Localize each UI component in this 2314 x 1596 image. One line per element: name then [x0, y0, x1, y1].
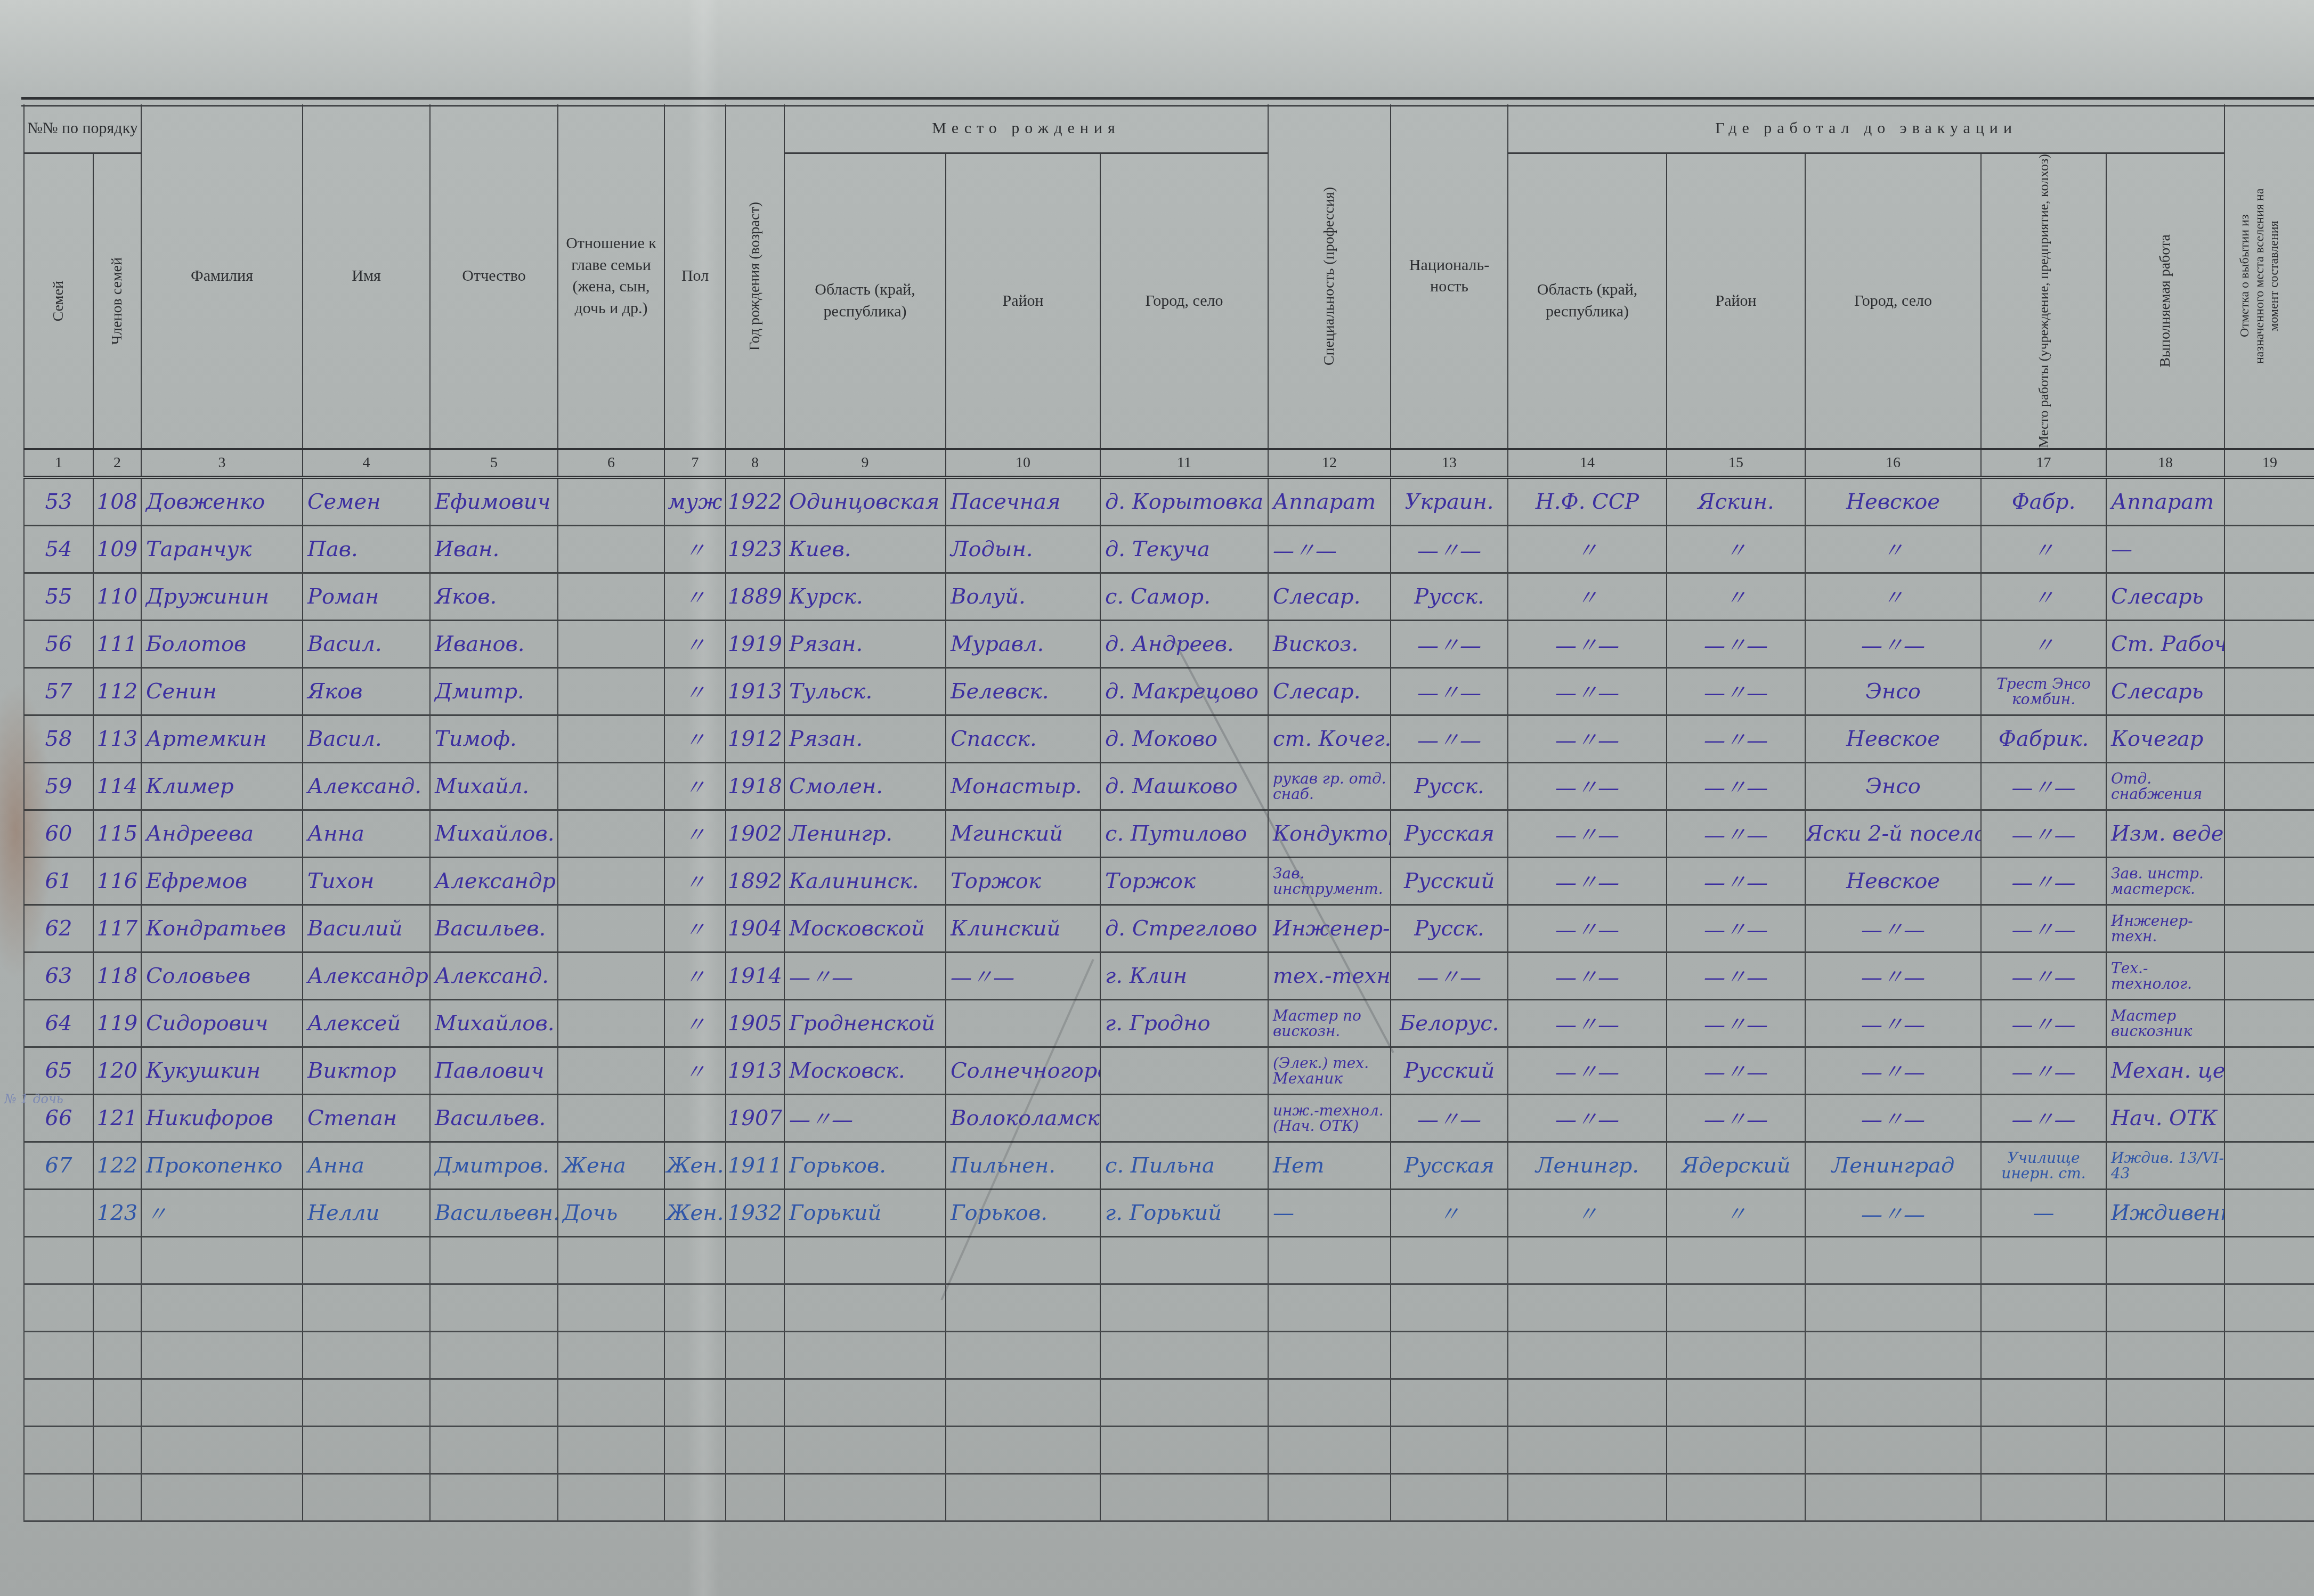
cell-col-4: Степан [303, 1094, 430, 1142]
cell-col-17: — [1981, 1189, 2106, 1236]
empty-cell [430, 1426, 558, 1473]
cell-col-15: —〃— [1667, 1047, 1805, 1094]
cell-col-19 [2224, 952, 2314, 999]
empty-cell [430, 1473, 558, 1521]
cell-col-19 [2224, 1094, 2314, 1142]
cell-col-3: Кукушкин [141, 1047, 303, 1094]
cell-col-13: —〃— [1391, 525, 1508, 573]
cell-col-1: 63 [24, 952, 93, 999]
cell-col-7: 〃 [664, 1047, 726, 1094]
empty-cell [1805, 1426, 1981, 1473]
header-col-2-label: Членов семей [109, 257, 126, 345]
cell-col-9: Рязан. [784, 715, 946, 762]
header-col-13: Националь- ность [1391, 104, 1508, 449]
cell-col-14: —〃— [1508, 620, 1667, 667]
column-number: 18 [2106, 449, 2224, 477]
table-row: 64119СидоровичАлексейМихайлов.〃1905Гродн… [24, 999, 2314, 1047]
cell-col-5: Михайлов. [430, 810, 558, 857]
cell-col-8: 1919 [726, 620, 784, 667]
cell-col-17: —〃— [1981, 857, 2106, 905]
margin-note: № 1 дочь [4, 1092, 63, 1106]
empty-cell [1508, 1379, 1667, 1426]
cell-col-3: Довженко [141, 477, 303, 526]
column-number-row: 12345678910111213141516171819 [24, 449, 2314, 477]
empty-cell [1667, 1473, 1805, 1521]
cell-col-2: 109 [93, 525, 141, 573]
cell-col-9: Рязан. [784, 620, 946, 667]
empty-cell [784, 1331, 946, 1379]
empty-cell [1981, 1379, 2106, 1426]
cell-col-10: Волуй. [946, 573, 1100, 620]
header-col-4: Имя [303, 104, 430, 449]
cell-col-13: 〃 [1391, 1189, 1508, 1236]
cell-col-13: —〃— [1391, 1094, 1508, 1142]
header-group-order: №№ по порядку [24, 104, 141, 153]
empty-cell [1268, 1284, 1391, 1331]
header-col-7: Пол [664, 104, 726, 449]
cell-col-7: 〃 [664, 715, 726, 762]
cell-col-6 [558, 573, 664, 620]
empty-cell [1508, 1284, 1667, 1331]
cell-col-17: —〃— [1981, 1047, 2106, 1094]
empty-cell [1268, 1379, 1391, 1426]
header-col-2: Членов семей [93, 153, 141, 449]
column-number: 5 [430, 449, 558, 477]
cell-col-19 [2224, 1142, 2314, 1189]
cell-col-5: Васильев. [430, 905, 558, 952]
cell-col-1: 61 [24, 857, 93, 905]
cell-col-19 [2224, 620, 2314, 667]
cell-col-10: Монастыр. [946, 762, 1100, 810]
cell-col-9: Горьков. [784, 1142, 946, 1189]
empty-cell [24, 1331, 93, 1379]
empty-cell [93, 1331, 141, 1379]
cell-col-10: Клинский [946, 905, 1100, 952]
cell-col-12: Инженер-тех. [1268, 905, 1391, 952]
empty-cell [1100, 1284, 1268, 1331]
cell-col-18: Слесарь [2106, 667, 2224, 715]
cell-col-13: Русск. [1391, 905, 1508, 952]
empty-cell [1268, 1236, 1391, 1284]
empty-cell [1667, 1236, 1805, 1284]
empty-cell [784, 1426, 946, 1473]
cell-col-16: —〃— [1805, 999, 1981, 1047]
cell-col-3: Андреева [141, 810, 303, 857]
cell-col-3: 〃 [141, 1189, 303, 1236]
column-number: 10 [946, 449, 1100, 477]
cell-col-5: Иван. [430, 525, 558, 573]
cell-col-11: д. Макрецово [1100, 667, 1268, 715]
cell-col-12: — [1268, 1189, 1391, 1236]
cell-col-4: Яков [303, 667, 430, 715]
empty-cell [141, 1331, 303, 1379]
empty-cell [558, 1284, 664, 1331]
cell-col-13: —〃— [1391, 952, 1508, 999]
header-col-10: Район [946, 153, 1100, 449]
cell-col-15: 〃 [1667, 573, 1805, 620]
cell-col-15: —〃— [1667, 620, 1805, 667]
cell-col-14: —〃— [1508, 857, 1667, 905]
cell-col-7: 〃 [664, 762, 726, 810]
empty-cell [664, 1379, 726, 1426]
empty-cell [946, 1284, 1100, 1331]
cell-col-8: 1923 [726, 525, 784, 573]
cell-col-8: 1892 [726, 857, 784, 905]
cell-col-1: 54 [24, 525, 93, 573]
empty-row [24, 1473, 2314, 1521]
cell-col-16: Ленинград [1805, 1142, 1981, 1189]
cell-col-4: Виктор [303, 1047, 430, 1094]
table-row: 53108ДовженкоСеменЕфимовичмуж1922Одинцов… [24, 477, 2314, 526]
cell-col-8: 1904 [726, 905, 784, 952]
cell-col-17: 〃 [1981, 525, 2106, 573]
cell-col-15: —〃— [1667, 905, 1805, 952]
column-number: 7 [664, 449, 726, 477]
empty-cell [303, 1379, 430, 1426]
cell-col-12: инж.-технол. (Нач. ОТК) [1268, 1094, 1391, 1142]
cell-col-12: —〃— [1268, 525, 1391, 573]
empty-cell [784, 1236, 946, 1284]
cell-col-19 [2224, 905, 2314, 952]
cell-col-8: 1922 [726, 477, 784, 526]
cell-col-16: Невское [1805, 857, 1981, 905]
cell-col-16: 〃 [1805, 525, 1981, 573]
cell-col-6 [558, 715, 664, 762]
cell-col-18: Зав. инстр. мастерск. [2106, 857, 2224, 905]
table-row: 65120КукушкинВикторПавлович〃1913Московск… [24, 1047, 2314, 1094]
cell-col-1: 64 [24, 999, 93, 1047]
column-number: 16 [1805, 449, 1981, 477]
cell-col-14: Н.Ф. ССР [1508, 477, 1667, 526]
empty-cell [303, 1473, 430, 1521]
cell-col-2: 117 [93, 905, 141, 952]
cell-col-9: Одинцовская [784, 477, 946, 526]
empty-cell [784, 1284, 946, 1331]
cell-col-19 [2224, 762, 2314, 810]
cell-col-13: Белорус. [1391, 999, 1508, 1047]
empty-cell [1100, 1331, 1268, 1379]
empty-cell [1100, 1426, 1268, 1473]
cell-col-18: Отд. снабжения [2106, 762, 2224, 810]
cell-col-6 [558, 905, 664, 952]
empty-row [24, 1284, 2314, 1331]
empty-cell [664, 1473, 726, 1521]
empty-cell [141, 1379, 303, 1426]
cell-col-9: —〃— [784, 1094, 946, 1142]
cell-col-6 [558, 857, 664, 905]
cell-col-8: 1911 [726, 1142, 784, 1189]
cell-col-18: Иждив. 13/VI-43 [2106, 1142, 2224, 1189]
cell-col-16: —〃— [1805, 905, 1981, 952]
header-col-17-label: Место работы (учреждение, предприятие, к… [2036, 154, 2052, 448]
cell-col-7: 〃 [664, 857, 726, 905]
cell-col-2: 116 [93, 857, 141, 905]
cell-col-2: 111 [93, 620, 141, 667]
cell-col-6 [558, 810, 664, 857]
cell-col-14: Ленингр. [1508, 1142, 1667, 1189]
cell-col-4: Пав. [303, 525, 430, 573]
cell-col-2: 108 [93, 477, 141, 526]
header-col-14: Область (край, республика) [1508, 153, 1667, 449]
cell-col-17: 〃 [1981, 620, 2106, 667]
cell-col-1: 67 [24, 1142, 93, 1189]
empty-cell [1981, 1426, 2106, 1473]
header-col-12-label: Специальность (профессия) [1321, 187, 1338, 365]
header-col-12: Специальность (профессия) [1268, 104, 1391, 449]
cell-col-8: 1889 [726, 573, 784, 620]
table-row: 56111БолотовВасил.Иванов.〃1919Рязан.Мура… [24, 620, 2314, 667]
cell-col-18: Тех.-технолог. [2106, 952, 2224, 999]
cell-col-18: Мастер вискозник [2106, 999, 2224, 1047]
cell-col-6 [558, 477, 664, 526]
cell-col-5: Александ. [430, 952, 558, 999]
register-page: №№ по порядку Фамилия Имя Отчество Отнош… [0, 0, 2314, 1596]
cell-col-16: —〃— [1805, 1189, 1981, 1236]
cell-col-4: Александ. [303, 762, 430, 810]
cell-col-5: Дмитр. [430, 667, 558, 715]
cell-col-14: 〃 [1508, 525, 1667, 573]
cell-col-6 [558, 1094, 664, 1142]
cell-col-11: д. Андреев. [1100, 620, 1268, 667]
cell-col-10: Мгинский [946, 810, 1100, 857]
cell-col-10: —〃— [946, 952, 1100, 999]
cell-col-12: Мастер по вискозн. [1268, 999, 1391, 1047]
cell-col-14: 〃 [1508, 1189, 1667, 1236]
cell-col-12: Аппарат [1268, 477, 1391, 526]
cell-col-18: — [2106, 525, 2224, 573]
cell-col-3: Сенин [141, 667, 303, 715]
header-col-1-label: Семей [50, 281, 67, 322]
empty-row [24, 1236, 2314, 1284]
cell-col-7: 〃 [664, 999, 726, 1047]
cell-col-13: Русская [1391, 1142, 1508, 1189]
cell-col-4: Анна [303, 810, 430, 857]
empty-cell [1268, 1331, 1391, 1379]
column-number: 12 [1268, 449, 1391, 477]
cell-col-1: 58 [24, 715, 93, 762]
cell-col-11: с. Путилово [1100, 810, 1268, 857]
cell-col-6 [558, 762, 664, 810]
cell-col-2: 112 [93, 667, 141, 715]
cell-col-2: 123 [93, 1189, 141, 1236]
empty-cell [726, 1426, 784, 1473]
cell-col-10: Волоколамск. [946, 1094, 1100, 1142]
cell-col-2: 119 [93, 999, 141, 1047]
cell-col-14: —〃— [1508, 810, 1667, 857]
cell-col-6 [558, 999, 664, 1047]
cell-col-11: д. Корытовка [1100, 477, 1268, 526]
empty-cell [558, 1331, 664, 1379]
cell-col-6 [558, 952, 664, 999]
empty-cell [1391, 1473, 1508, 1521]
table-row: 59114КлимерАлександ.Михайл.〃1918Смолен.М… [24, 762, 2314, 810]
empty-cell [726, 1379, 784, 1426]
empty-cell [2224, 1473, 2314, 1521]
cell-col-11: г. Горький [1100, 1189, 1268, 1236]
header-col-9: Область (край, республика) [784, 153, 946, 449]
cell-col-9: Горький [784, 1189, 946, 1236]
table-row: 54109ТаранчукПав.Иван.〃1923Киев.Лодын.д.… [24, 525, 2314, 573]
cell-col-11: с. Самор. [1100, 573, 1268, 620]
cell-col-16: —〃— [1805, 1094, 1981, 1142]
empty-cell [93, 1284, 141, 1331]
cell-col-17: —〃— [1981, 810, 2106, 857]
cell-col-10: Муравл. [946, 620, 1100, 667]
cell-col-6 [558, 620, 664, 667]
empty-cell [946, 1331, 1100, 1379]
empty-cell [1268, 1426, 1391, 1473]
empty-cell [303, 1236, 430, 1284]
cell-col-1: 60 [24, 810, 93, 857]
cell-col-14: —〃— [1508, 952, 1667, 999]
cell-col-8: 1905 [726, 999, 784, 1047]
empty-cell [1268, 1473, 1391, 1521]
header-col-11: Город, село [1100, 153, 1268, 449]
empty-cell [664, 1284, 726, 1331]
cell-col-18: Изм. ведения [2106, 810, 2224, 857]
cell-col-14: —〃— [1508, 667, 1667, 715]
cell-col-6 [558, 667, 664, 715]
cell-col-15: Ядерский [1667, 1142, 1805, 1189]
empty-row [24, 1331, 2314, 1379]
empty-cell [946, 1379, 1100, 1426]
column-number: 19 [2224, 449, 2314, 477]
cell-col-18: Нач. ОТК [2106, 1094, 2224, 1142]
cell-col-17: —〃— [1981, 1094, 2106, 1142]
cell-col-11: д. Текуча [1100, 525, 1268, 573]
empty-cell [1981, 1331, 2106, 1379]
header-col-15: Район [1667, 153, 1805, 449]
cell-col-7: Жен. [664, 1142, 726, 1189]
cell-col-17: Фабрик. [1981, 715, 2106, 762]
cell-col-10: Лодын. [946, 525, 1100, 573]
table-header: №№ по порядку Фамилия Имя Отчество Отнош… [24, 104, 2314, 477]
cell-col-6: Жена [558, 1142, 664, 1189]
empty-cell [141, 1473, 303, 1521]
empty-cell [1100, 1473, 1268, 1521]
cell-col-17: —〃— [1981, 762, 2106, 810]
cell-col-8: 1913 [726, 667, 784, 715]
cell-col-9: Ленингр. [784, 810, 946, 857]
cell-col-11: г. Клин [1100, 952, 1268, 999]
empty-cell [1508, 1473, 1667, 1521]
cell-col-19 [2224, 525, 2314, 573]
cell-col-8: 1907 [726, 1094, 784, 1142]
cell-col-8: 1932 [726, 1189, 784, 1236]
cell-col-11 [1100, 1094, 1268, 1142]
header-col-19-label: Отметка о выбытии из назначенного места … [2238, 185, 2302, 367]
empty-cell [2106, 1331, 2224, 1379]
cell-col-12: тех.-технол. [1268, 952, 1391, 999]
empty-cell [303, 1284, 430, 1331]
cell-col-4: Александр [303, 952, 430, 999]
cell-col-18: Иждивенка [2106, 1189, 2224, 1236]
cell-col-13: Русск. [1391, 573, 1508, 620]
cell-col-16: Невское [1805, 715, 1981, 762]
cell-col-18: Аппарат [2106, 477, 2224, 526]
cell-col-10 [946, 999, 1100, 1047]
empty-cell [93, 1379, 141, 1426]
empty-cell [430, 1379, 558, 1426]
empty-cell [558, 1236, 664, 1284]
empty-cell [1981, 1284, 2106, 1331]
table-row: 62117КондратьевВасилийВасильев.〃1904Моск… [24, 905, 2314, 952]
empty-cell [303, 1331, 430, 1379]
cell-col-11: с. Пильна [1100, 1142, 1268, 1189]
cell-col-7: 〃 [664, 620, 726, 667]
empty-cell [24, 1426, 93, 1473]
cell-col-9: Гродненской [784, 999, 946, 1047]
cell-col-9: Калининск. [784, 857, 946, 905]
cell-col-17: Училище инерн. ст. [1981, 1142, 2106, 1189]
empty-cell [2224, 1236, 2314, 1284]
cell-col-15: —〃— [1667, 667, 1805, 715]
cell-col-2: 114 [93, 762, 141, 810]
cell-col-16: Энсо [1805, 667, 1981, 715]
cell-col-16: —〃— [1805, 1047, 1981, 1094]
empty-cell [93, 1426, 141, 1473]
cell-col-14: —〃— [1508, 715, 1667, 762]
cell-col-3: Климер [141, 762, 303, 810]
cell-col-6: Дочь [558, 1189, 664, 1236]
cell-col-12: Слесар. [1268, 573, 1391, 620]
header-col-6: Отношение к главе семьи (жена, сын, дочь… [558, 104, 664, 449]
empty-cell [24, 1379, 93, 1426]
cell-col-11: Торжок [1100, 857, 1268, 905]
cell-col-12: (Элек.) тех. Механик [1268, 1047, 1391, 1094]
cell-col-18: Инженер-техн. [2106, 905, 2224, 952]
column-number: 3 [141, 449, 303, 477]
empty-cell [784, 1473, 946, 1521]
cell-col-12: Зав. инструмент. [1268, 857, 1391, 905]
empty-cell [141, 1236, 303, 1284]
cell-col-5: Ефимович [430, 477, 558, 526]
cell-col-17: —〃— [1981, 905, 2106, 952]
empty-cell [2224, 1331, 2314, 1379]
table-body: 53108ДовженкоСеменЕфимовичмуж1922Одинцов… [24, 477, 2314, 1521]
column-number: 8 [726, 449, 784, 477]
cell-col-12: Вискоз. [1268, 620, 1391, 667]
cell-col-19 [2224, 715, 2314, 762]
cell-col-10: Белевск. [946, 667, 1100, 715]
empty-cell [2224, 1284, 2314, 1331]
cell-col-12: рукав гр. отд. снаб. [1268, 762, 1391, 810]
cell-col-11: г. Гродно [1100, 999, 1268, 1047]
cell-col-2: 115 [93, 810, 141, 857]
cell-col-18: Слесарь [2106, 573, 2224, 620]
cell-col-3: Прокопенко [141, 1142, 303, 1189]
empty-cell [1805, 1284, 1981, 1331]
cell-col-14: —〃— [1508, 762, 1667, 810]
cell-col-3: Соловьев [141, 952, 303, 999]
column-number: 13 [1391, 449, 1508, 477]
column-number: 11 [1100, 449, 1268, 477]
cell-col-8: 1914 [726, 952, 784, 999]
cell-col-7: 〃 [664, 573, 726, 620]
empty-cell [664, 1331, 726, 1379]
cell-col-3: Кондратьев [141, 905, 303, 952]
empty-cell [1508, 1331, 1667, 1379]
cell-col-17: 〃 [1981, 573, 2106, 620]
empty-cell [2224, 1379, 2314, 1426]
cell-col-7: 〃 [664, 667, 726, 715]
empty-cell [2106, 1379, 2224, 1426]
empty-cell [1667, 1331, 1805, 1379]
empty-cell [1391, 1379, 1508, 1426]
cell-col-15: Яскин. [1667, 477, 1805, 526]
empty-row [24, 1426, 2314, 1473]
cell-col-16: —〃— [1805, 952, 1981, 999]
